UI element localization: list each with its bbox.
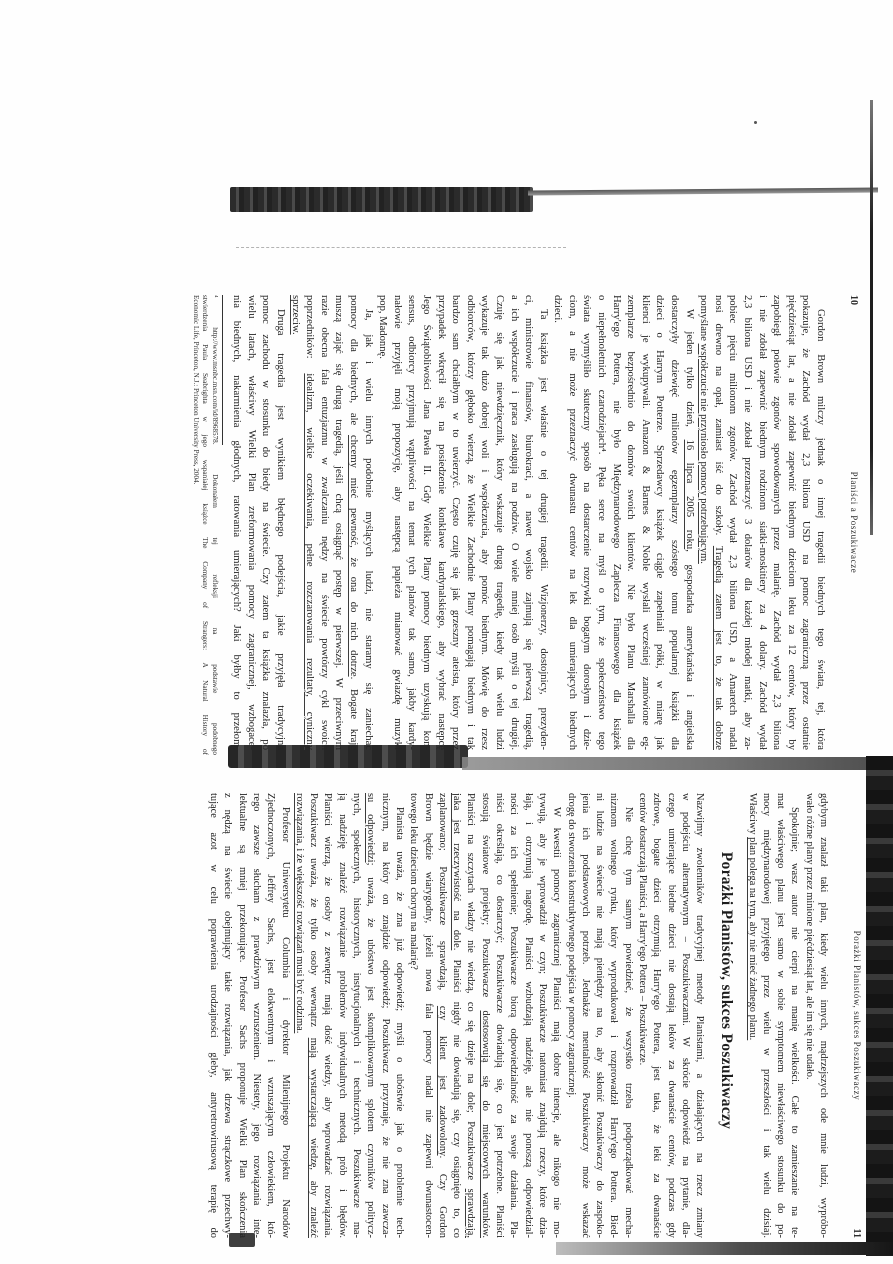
text-line: Planiści na szczytach władzy nie wiedzą,… [463,793,477,1238]
text-line: Ta książka jest właśnie o tej drugiej tr… [535,295,550,750]
text-line: w podejściu alternatywnym – Poszukiwacza… [678,793,692,1238]
text-line: wało różne plany przez minione pięćdzies… [801,793,815,1238]
text-line: poprzedników: idealizm, wielkie oczekiwa… [302,295,317,750]
page-10-text: Gordon Brown milczy jednak o innej trage… [229,295,827,750]
text-line: czego umierające biedne dzieci nie dosta… [663,793,677,1238]
text-line: i nie zdołał zapewnić biednym rodzinom s… [754,295,769,750]
text-line: ją nadzieję znaleźć rozwiązanie problemó… [335,793,349,1238]
text-line: nosi drewno na opał, zamiast iść do szko… [710,295,725,750]
text-line: z nędzą na świecie obejmujący takie rozw… [220,793,234,1238]
scanned-spread: 10 Planiści a Poszukiwacze Gordon Brown … [0,0,893,1264]
text-line: jenia ich podstawowych potrzeb. Jednakże… [578,793,592,1238]
text-line: nych, społecznych, historycznych, instyt… [349,793,363,1238]
text-line: Poszukiwacz uważa, że tylko osoby wewnąt… [306,793,320,1238]
text-line: nia biednych, nakarmienia głodnych, rato… [229,295,244,750]
page-number-10: 10 [848,295,859,305]
text-line: łają, i otrzymują nagrodę. Planiści wzbu… [520,793,534,1238]
text-line: Druga tragedia jest wynikiem błędnego po… [272,295,287,750]
text-line: ności za ich spełnienie; Poszukiwacze bi… [506,793,520,1238]
text-line: ci, ministrowie finansów, biurokraci, a … [521,295,536,750]
text-line: Nazwijmy zwolenników tradycyjnej metody … [692,793,706,1238]
text-line: razie obecna fala entuzjazmu w zwalczani… [316,295,331,750]
text-line: centów dostarczają Planiści, a Harry'ego… [635,793,649,1238]
text-line: W jeden tylko dzień, 16 lipca 2005 roku,… [681,295,696,750]
running-head-title-right: Porażki Planistów, sukces Poszukiwaczy [852,793,862,1238]
text-line: pomocy dla biednych, ale chcemy mieć pew… [345,295,360,750]
text-line: Brown będzie wiarygodny, jeżeli nowa fal… [420,793,434,1238]
running-head-right: Porażki Planistów, sukces Poszukiwaczy 1… [848,793,862,1238]
section-heading: Porażki Planistów, sukces Poszukiwaczy [717,768,735,1213]
text-line: dzieci. [550,295,565,750]
scan-edge-right-band [866,756,893,1256]
footnote-line: ⁴ http://www.msnbc.msn.com/id/8968578. D… [209,295,218,755]
scan-edge-right-line [870,100,873,535]
footnote-line: stwierdzenia Paula Seabrighta w jego wsp… [200,295,209,755]
text-line: Harry'ego Pottera, nie było Międzynarodo… [608,295,623,750]
text-line: towego leku dzieciom chorym na malarię? [406,793,420,1238]
footnote-line: Economic Life, Princeton, N.J.: Princeto… [191,295,200,755]
text-line: sprzeciw. [287,295,302,750]
text-line: Planiści wierzą, że osoby z zewnętrz maj… [320,793,334,1238]
text-line: świata wymyśliło skuteczny sposób na dos… [579,295,594,750]
text-line: lektualne są mniej przekonujące. Profeso… [234,793,248,1238]
text-line: przypadek wkręcił się na posiedzenie kon… [433,295,448,750]
running-head-left: 10 Planiści a Poszukiwacze [845,295,859,750]
text-line: pomoc zachodu w stosunku do biedy na świ… [258,295,273,750]
text-line: Ja, jak i wielu innych podobnie myślącyc… [360,295,375,750]
text-line: pop, Madonnę. [375,295,390,750]
text-line: klienci je wykupywali. Amazon & Barnes &… [637,295,652,750]
text-line: Gordon Brown milczy jednak o innej trage… [812,295,827,750]
text-line: wykazuje tak dużo dobrej woli i współczu… [477,295,492,750]
text-line: pięćdziesiąt lat, a nie zdołał zapewnić … [783,295,798,750]
text-line: tujące azot w celu poprawienia urodzajno… [206,793,220,1238]
text-line: Jego Świątobliwości Jana Pawła II. Gdy W… [418,295,433,750]
text-line: nizmom wolnego rynku, który wyprodukował… [606,793,620,1238]
text-line: Nie chcę tym samym powiedzieć, że wszyst… [620,793,634,1238]
text-line: mat właściwego planu jest samo w sobie s… [773,793,787,1238]
text-line: stosują światowe projekty; Poszukiwacze … [477,793,491,1238]
text-line: zdrowe, bogate dzieci otrzymują Harry'eg… [649,793,663,1238]
text-line: Właściwy plan polega na tym, aby nie mie… [744,793,758,1238]
page-10: 10 Planiści a Poszukiwacze Gordon Brown … [189,195,865,755]
page-number-11: 11 [851,1229,862,1238]
text-line: W kwestii pomocy zagranicznej Planiści m… [549,793,563,1238]
text-line: jaka jest rzeczywistość na dole. Planiśc… [449,793,463,1238]
text-line: Profesor Uniwersytetu Columbia i dyrekto… [277,793,291,1238]
text-line: Czuję się jak niewdzięcznik, który wskaz… [491,295,506,750]
text-line: nałowie przyjęli moją propozycję, aby na… [389,295,404,750]
text-line: niści określają, co dostarczyć; Poszukiw… [492,793,506,1238]
text-line: dostarczyły dziewięć milionów egzemplarz… [666,295,681,750]
text-line: mocy międzynarodowej przyjętego przez wi… [759,793,773,1238]
page-11-text-bottom: Nazwijmy zwolenników tradycyjnej metody … [206,793,706,1238]
text-line: rozwiązania, i że większość rozwiązań mu… [292,793,306,1238]
text-line: ni ludzie na świecie nie mają pieniędzy … [592,793,606,1238]
text-line: pobiec pięciu milionom zgonów. Zachód wy… [725,295,740,750]
scan-speck [754,121,757,124]
footnote: ⁴ http://www.msnbc.msn.com/id/8968578. D… [191,195,219,755]
text-line: tywują, aby je wprowadził w czyn; Poszuk… [535,793,549,1238]
text-line: o niepełnoletnich czarodziejach⁴. Pęka s… [594,295,609,750]
text-line: zapobiegł połowie zgonów spowodowanych p… [769,295,784,750]
page-11-text-top: gdybym znalazł taki plan, kiedy wielu in… [744,793,830,1238]
text-line: wielu latach, właściwy Wielki Plan zrefo… [243,295,258,750]
text-line: rego zawsze słucham z prawdziwym wzrusze… [249,793,263,1238]
text-line: ciom, a nie może przeznaczyć dwunastu ce… [564,295,579,750]
text-line: Zjednoczonych, Jeffrey Sachs, jest elokw… [263,793,277,1238]
text-line: a ich współczucie i praca zasługują na p… [506,295,521,750]
text-line: zemplarze bezpośrednio do domów swoich k… [623,295,638,750]
text-line: 2,3 biliona USD i nie zdołał przeznaczyć… [739,295,754,750]
text-line: bardzo sam chciałbym w to uwierzyć. Częs… [448,295,463,750]
text-line: zaplanowano; Poszukiwacze sprawdzają, cz… [435,793,449,1238]
footnote-rule [222,295,223,445]
running-head-title-left: Planiści a Poszukiwacze [849,295,859,750]
text-line: odbiorców, którzy głęboko wierzą, że Wie… [462,295,477,750]
text-line: drogę do stworzenia konstruktywnego pode… [563,793,577,1238]
text-line: pokazuje, że Zachód wydał 2,3 biliona US… [798,295,813,750]
text-line: nicznym, na który on znajdzie odpowiedź;… [377,793,391,1238]
page-11: Porażki Planistów, sukces Poszukiwaczy 1… [200,768,868,1240]
text-line: Planista uważa, że zna już odpowiedź; my… [392,793,406,1238]
text-line: Spokojnie; wasz autor nie cierpi na mani… [787,793,801,1238]
text-line: dzieci o Harrym Potterze. Sprzedawcy ksi… [652,295,667,750]
text-line: sensus, odbiorcy przyjmują wątpliwości n… [404,295,419,750]
scan-edge-bottom-band [556,1242,893,1255]
text-line: pomyślane współczucie nie przyniosło pom… [696,295,711,750]
text-line: su odpowiedzi; uważa, że ubóstwo jest sk… [363,793,377,1238]
text-line: muszą zająć się drugą tragedią, jeśli ch… [331,295,346,750]
text-line: gdybym znalazł taki plan, kiedy wielu in… [816,793,830,1238]
